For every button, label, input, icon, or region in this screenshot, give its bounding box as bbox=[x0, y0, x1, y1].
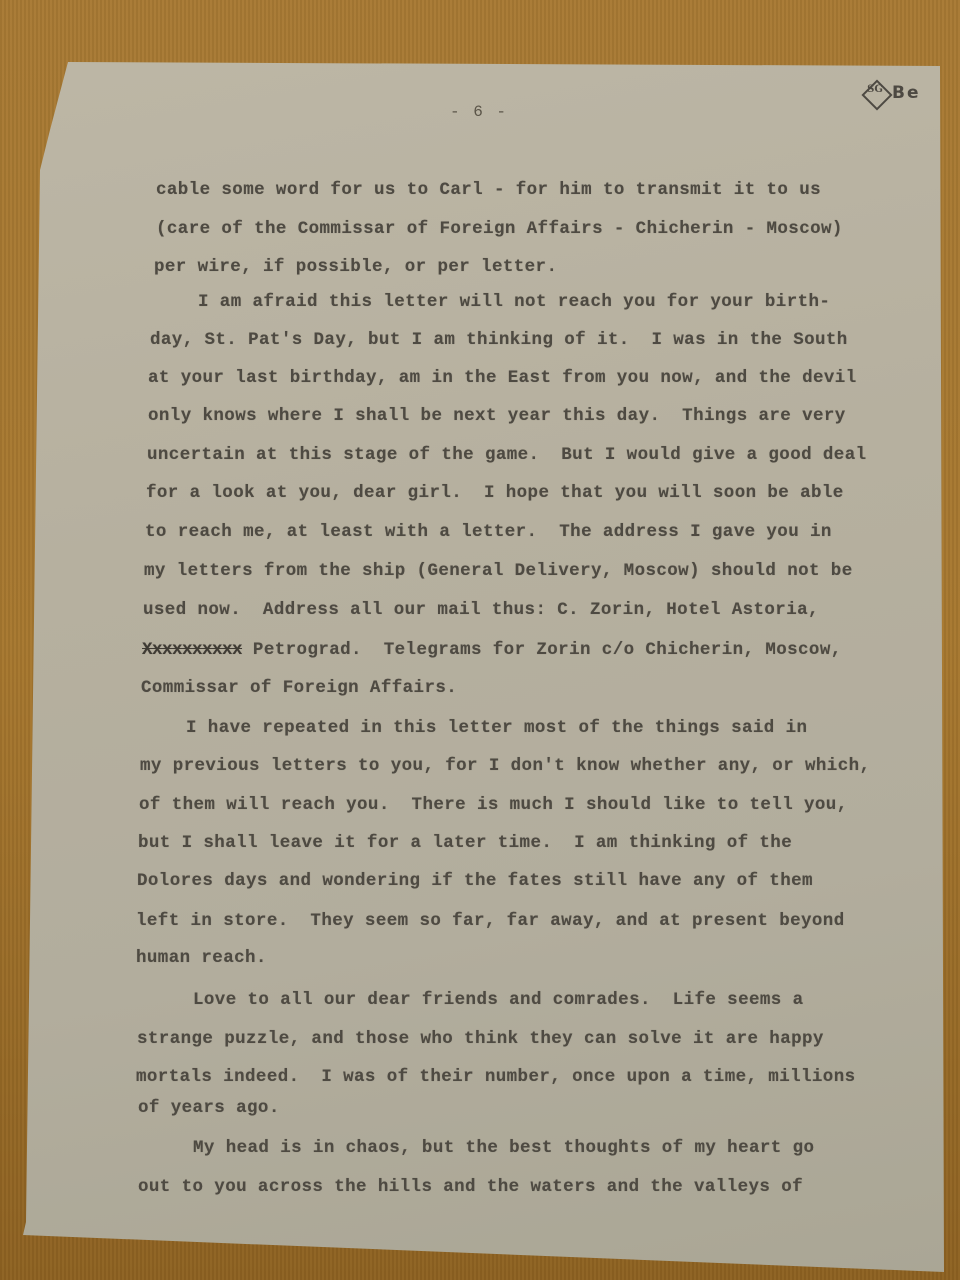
line-text: human reach. bbox=[136, 948, 267, 968]
line-text: out to you across the hills and the wate… bbox=[138, 1177, 803, 1197]
text-line: day, St. Pat's Day, but I am thinking of… bbox=[150, 330, 848, 350]
text-line: strange puzzle, and those who think they… bbox=[137, 1029, 824, 1049]
line-text: left in store. They seem so far, far awa… bbox=[136, 911, 845, 931]
line-text: my previous letters to you, for I don't … bbox=[140, 756, 870, 776]
archive-stamp: SG Be bbox=[862, 80, 921, 106]
line-text: used now. Address all our mail thus: C. … bbox=[143, 600, 819, 620]
line-text: Love to all our dear friends and comrade… bbox=[193, 990, 804, 1010]
text-line: per wire, if possible, or per letter. bbox=[154, 257, 557, 277]
text-line: Xxxxxxxxxx Petrograd. Telegrams for Zori… bbox=[142, 640, 842, 660]
line-text: of them will reach you. There is much I … bbox=[139, 795, 848, 815]
text-line: Love to all our dear friends and comrade… bbox=[193, 990, 804, 1010]
line-text: My head is in chaos, but the best though… bbox=[193, 1138, 814, 1158]
line-text: uncertain at this stage of the game. But… bbox=[147, 445, 867, 465]
text-line: for a look at you, dear girl. I hope tha… bbox=[146, 483, 844, 503]
text-line: to reach me, at least with a letter. The… bbox=[145, 522, 832, 542]
sg-monogram-stamp-icon: SG bbox=[862, 80, 888, 106]
line-text: mortals indeed. I was of their number, o… bbox=[136, 1067, 856, 1087]
text-line: uncertain at this stage of the game. But… bbox=[147, 445, 867, 465]
line-text: strange puzzle, and those who think they… bbox=[137, 1029, 824, 1049]
struck-out-text: Xxxxxxxxxx bbox=[142, 640, 242, 660]
line-text: Commissar of Foreign Affairs. bbox=[141, 678, 457, 698]
text-line: only knows where I shall be next year th… bbox=[148, 406, 846, 426]
stamp-label: Be bbox=[892, 83, 921, 103]
line-text: I am afraid this letter will not reach y… bbox=[198, 292, 830, 312]
line-text: to reach me, at least with a letter. The… bbox=[145, 522, 832, 542]
page-number: - 6 - bbox=[450, 103, 508, 121]
text-line: cable some word for us to Carl - for him… bbox=[156, 180, 821, 200]
line-text: at your last birthday, am in the East fr… bbox=[148, 368, 857, 388]
line-text: day, St. Pat's Day, but I am thinking of… bbox=[150, 330, 848, 350]
text-line: I have repeated in this letter most of t… bbox=[186, 718, 807, 738]
text-line: but I shall leave it for a later time. I… bbox=[138, 833, 792, 853]
text-line: (care of the Commissar of Foreign Affair… bbox=[156, 219, 843, 239]
text-line: my letters from the ship (General Delive… bbox=[144, 561, 853, 581]
line-text: (care of the Commissar of Foreign Affair… bbox=[156, 219, 843, 239]
line-text: Petrograd. Telegrams for Zorin c/o Chich… bbox=[242, 640, 842, 660]
text-line: used now. Address all our mail thus: C. … bbox=[143, 600, 819, 620]
text-line: out to you across the hills and the wate… bbox=[138, 1177, 803, 1197]
text-line: My head is in chaos, but the best though… bbox=[193, 1138, 814, 1158]
line-text: for a look at you, dear girl. I hope tha… bbox=[146, 483, 844, 503]
text-line: at your last birthday, am in the East fr… bbox=[148, 368, 857, 388]
text-line: left in store. They seem so far, far awa… bbox=[136, 911, 845, 931]
line-text: cable some word for us to Carl - for him… bbox=[156, 180, 821, 200]
text-line: I am afraid this letter will not reach y… bbox=[198, 292, 830, 312]
text-line: my previous letters to you, for I don't … bbox=[140, 756, 870, 776]
text-line: mortals indeed. I was of their number, o… bbox=[136, 1067, 856, 1087]
line-text: I have repeated in this letter most of t… bbox=[186, 718, 807, 738]
line-text: Dolores days and wondering if the fates … bbox=[137, 871, 813, 891]
text-line: Commissar of Foreign Affairs. bbox=[141, 678, 457, 698]
line-text: my letters from the ship (General Delive… bbox=[144, 561, 853, 581]
text-line: of years ago. bbox=[138, 1098, 280, 1118]
line-text: of years ago. bbox=[138, 1098, 280, 1118]
text-line: human reach. bbox=[136, 948, 267, 968]
line-text: only knows where I shall be next year th… bbox=[148, 406, 846, 426]
typewritten-page: - 6 - SG Be cable some word for us to Ca… bbox=[0, 0, 960, 1280]
text-line: Dolores days and wondering if the fates … bbox=[137, 871, 813, 891]
text-line: of them will reach you. There is much I … bbox=[139, 795, 848, 815]
line-text: but I shall leave it for a later time. I… bbox=[138, 833, 792, 853]
line-text: per wire, if possible, or per letter. bbox=[154, 257, 557, 277]
